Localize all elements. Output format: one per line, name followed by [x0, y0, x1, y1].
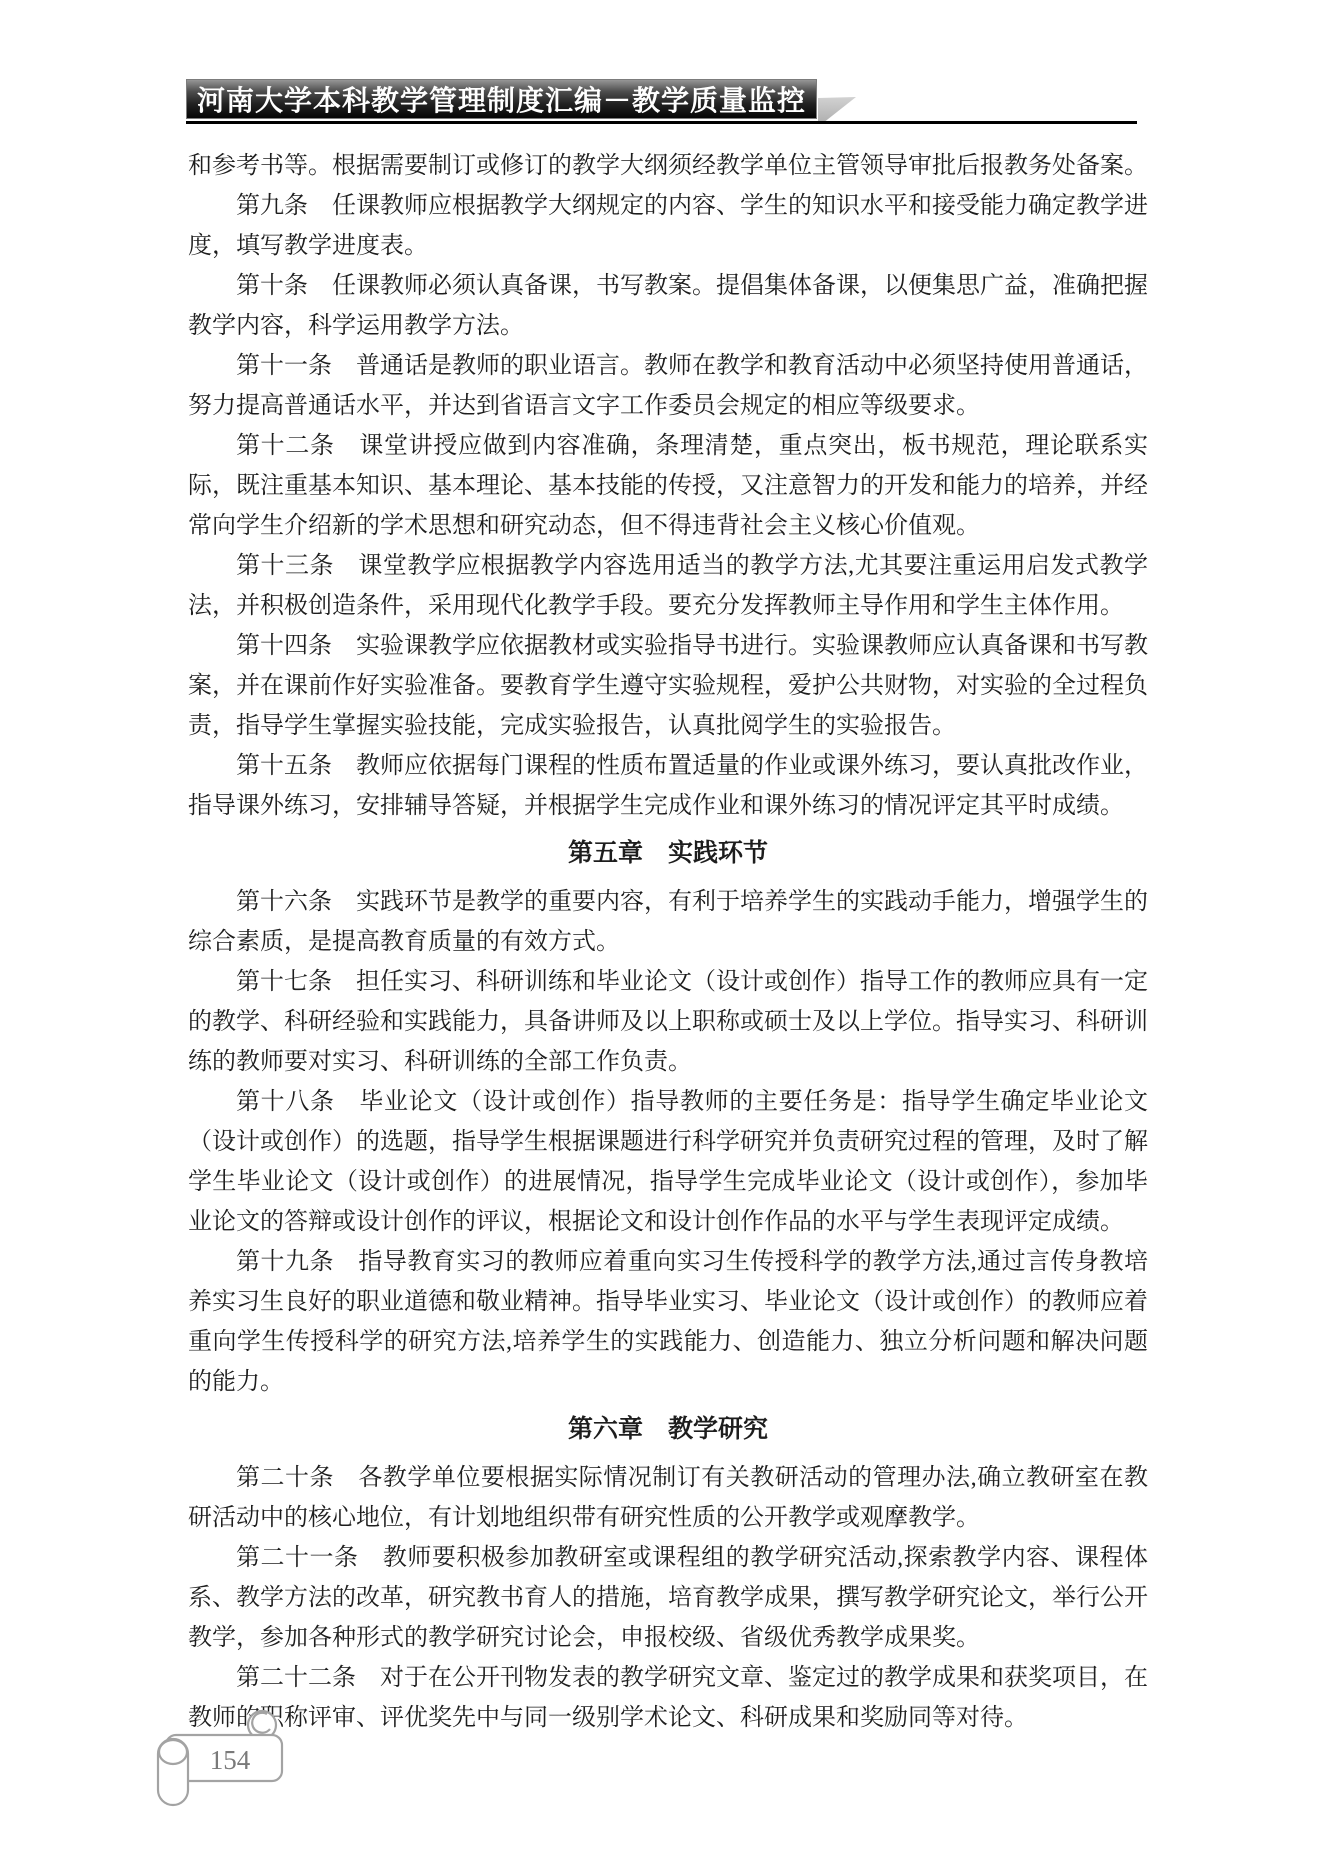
document-body: 和参考书等。根据需要制订或修订的教学大纲须经教学单位主管领导审批后报教务处备案。…: [188, 146, 1148, 1738]
paragraph: 第十八条 毕业论文（设计或创作）指导教师的主要任务是：指导学生确定毕业论文（设计…: [188, 1082, 1148, 1242]
header-banner-title: 河南大学本科教学管理制度汇编－教学质量监控: [197, 79, 806, 119]
paragraph: 第十七条 担任实习、科研训练和毕业论文（设计或创作）指导工作的教师应具有一定的教…: [188, 962, 1148, 1082]
page-number: 154: [210, 1745, 251, 1775]
header-arrow-decoration: [818, 97, 856, 121]
paragraph: 第十二条 课堂讲授应做到内容准确，条理清楚，重点突出，板书规范，理论联系实际，既…: [188, 426, 1148, 546]
scroll-icon: 154: [156, 1709, 292, 1809]
paragraph: 和参考书等。根据需要制订或修订的教学大纲须经教学单位主管领导审批后报教务处备案。: [188, 146, 1148, 186]
chapter-heading: 第六章 教学研究: [188, 1410, 1148, 1450]
paragraph: 第二十二条 对于在公开刊物发表的教学研究文章、鉴定过的教学成果和获奖项目，在教师…: [188, 1658, 1148, 1738]
header-rule: [186, 121, 1137, 124]
scroll-left-roll-top: [159, 1740, 187, 1764]
paragraph: 第二十条 各教学单位要根据实际情况制订有关教研活动的管理办法,确立教研室在教研活…: [188, 1458, 1148, 1538]
page-scroll-badge: 154: [156, 1709, 292, 1809]
paragraph: 第十条 任课教师必须认真备课，书写教案。提倡集体备课，以便集思广益，准确把握教学…: [188, 266, 1148, 346]
paragraph: 第十九条 指导教育实习的教师应着重向实习生传授科学的教学方法,通过言传身教培养实…: [188, 1242, 1148, 1402]
paragraph: 第十五条 教师应依据每门课程的性质布置适量的作业或课外练习，要认真批改作业，指导…: [188, 746, 1148, 826]
paragraph: 第九条 任课教师应根据教学大纲规定的内容、学生的知识水平和接受能力确定教学进度，…: [188, 186, 1148, 266]
paragraph: 第十一条 普通话是教师的职业语言。教师在教学和教育活动中必须坚持使用普通话，努力…: [188, 346, 1148, 426]
header-banner: 河南大学本科教学管理制度汇编－教学质量监控: [186, 79, 817, 119]
paragraph: 第十三条 课堂教学应根据教学内容选用适当的教学方法,尤其要注重运用启发式教学法，…: [188, 546, 1148, 626]
paragraph: 第十四条 实验课教学应依据教材或实验指导书进行。实验课教师应认真备课和书写教案，…: [188, 626, 1148, 746]
paragraph: 第十六条 实践环节是教学的重要内容，有利于培养学生的实践动手能力，增强学生的综合…: [188, 882, 1148, 962]
paragraph: 第二十一条 教师要积极参加教研室或课程组的教学研究活动,探索教学内容、课程体系、…: [188, 1538, 1148, 1658]
chapter-heading: 第五章 实践环节: [188, 834, 1148, 874]
